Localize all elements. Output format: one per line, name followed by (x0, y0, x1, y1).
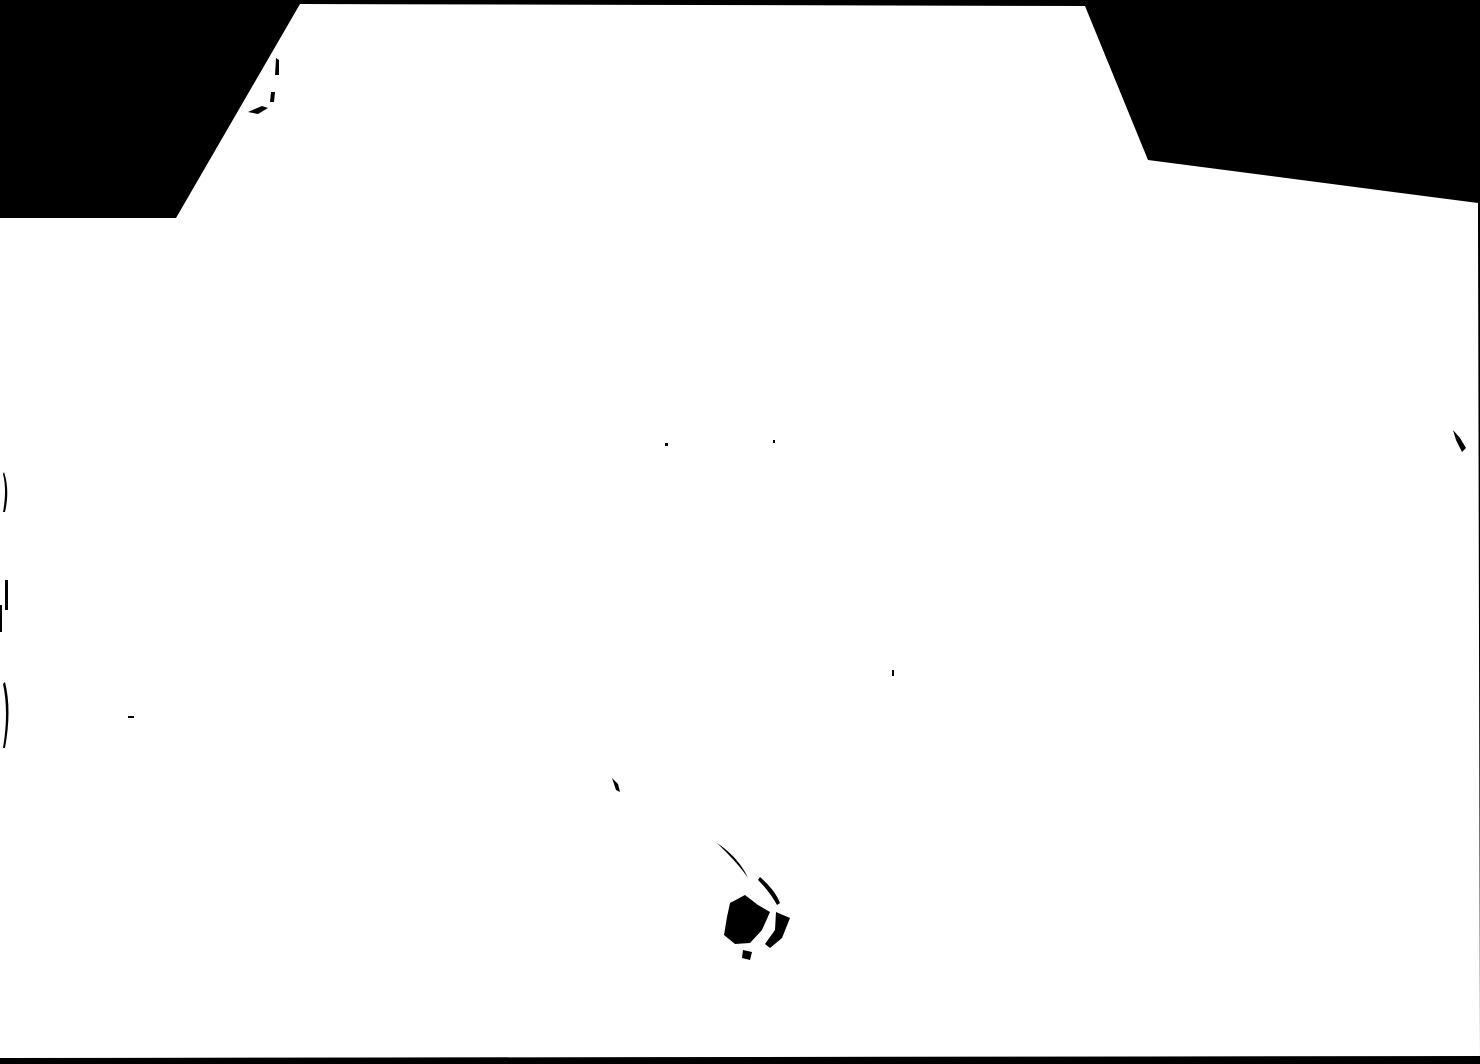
thresholded-photo (0, 0, 1480, 1064)
